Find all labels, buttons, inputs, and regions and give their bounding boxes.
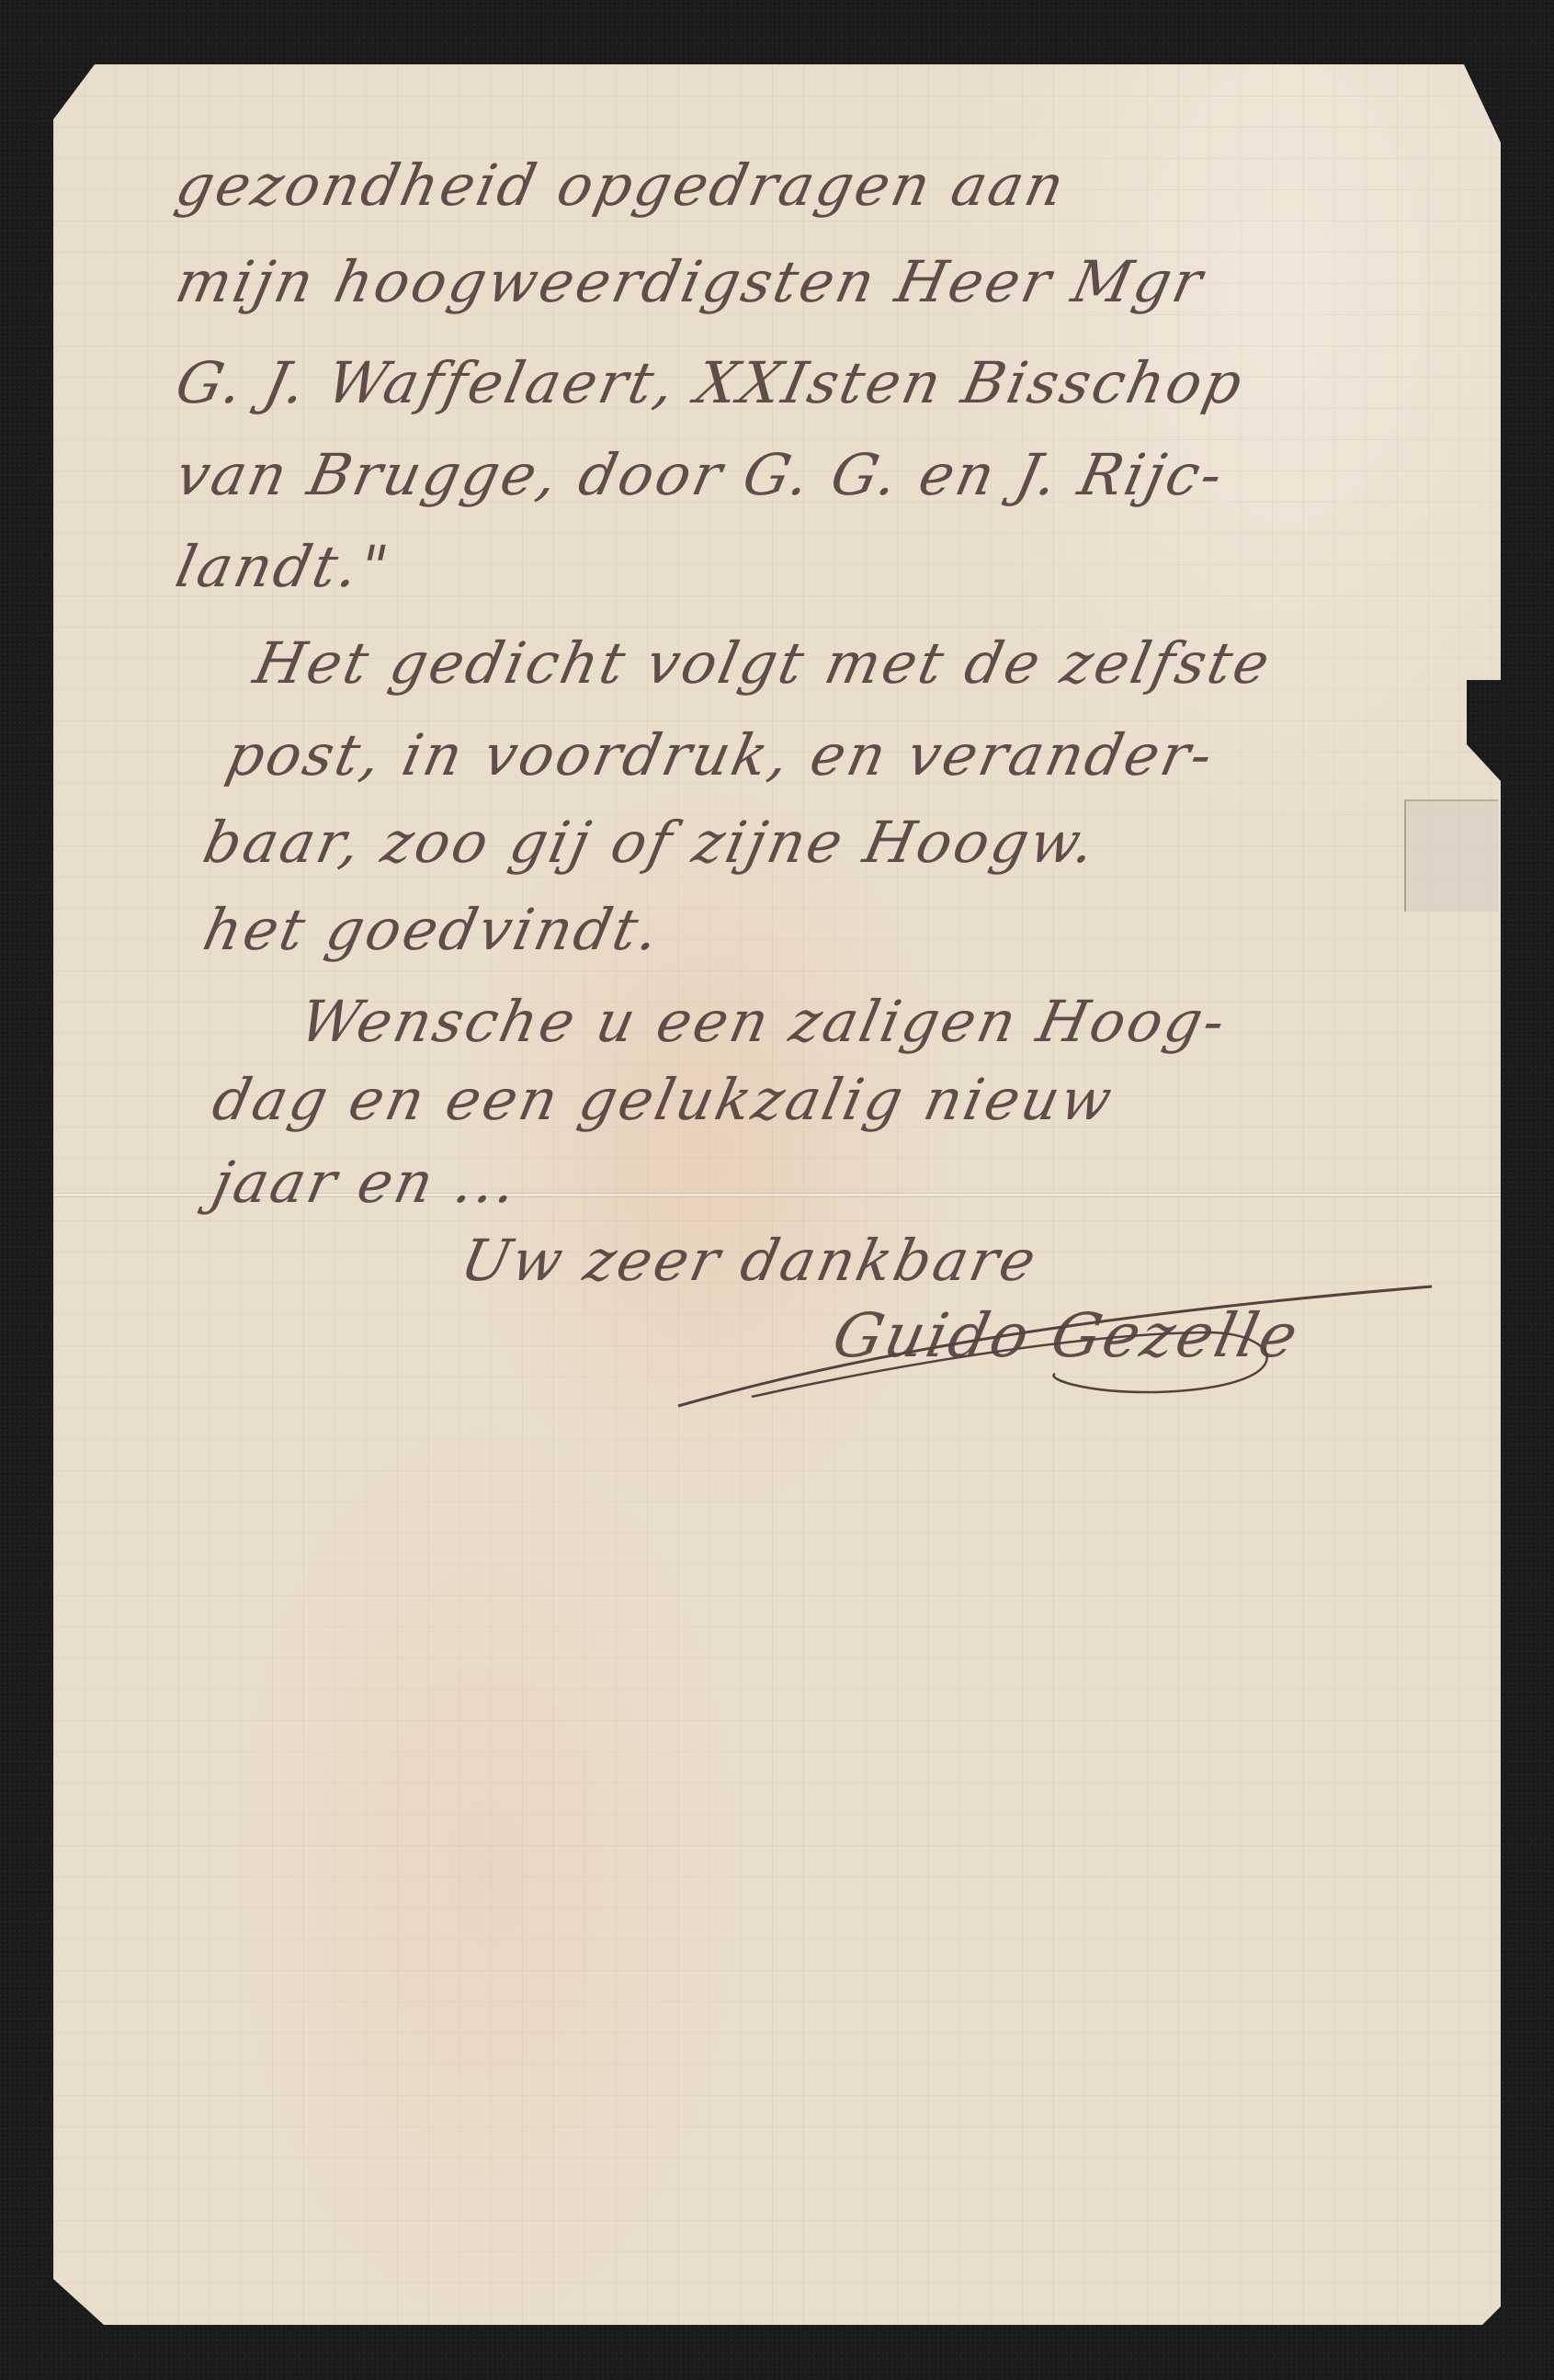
letter-page: gezondheid opgedragen aan mijn hoogweerd… xyxy=(53,64,1501,2325)
text-line-5: landt." xyxy=(170,533,396,600)
text-line-4: van Brugge, door G. G. en J. Rijc- xyxy=(170,441,1231,508)
text-line-11: dag en een gelukzalig nieuw xyxy=(207,1066,1120,1133)
text-line-1: gezondheid opgedragen aan xyxy=(170,152,1072,219)
text-line-10: Wensche u een zaligen Hoog- xyxy=(294,988,1233,1055)
text-line-6: Het gedicht volgt met de zelfste xyxy=(248,629,1277,697)
torn-edge xyxy=(1404,799,1498,912)
text-line-9: het goedvindt. xyxy=(198,896,667,963)
text-line-12: jaar en ... xyxy=(207,1149,525,1216)
text-line-2: mijn hoogweerdigsten Heer Mgr xyxy=(170,248,1210,315)
signature-flourish xyxy=(641,1277,1469,1443)
text-line-7: post, in voordruk, en verander- xyxy=(221,721,1220,788)
text-line-3: G. J. Waffelaert, XXIsten Bisschop xyxy=(170,349,1251,416)
text-line-8: baar, zoo gij of zijne Hoogw. xyxy=(198,809,1104,876)
